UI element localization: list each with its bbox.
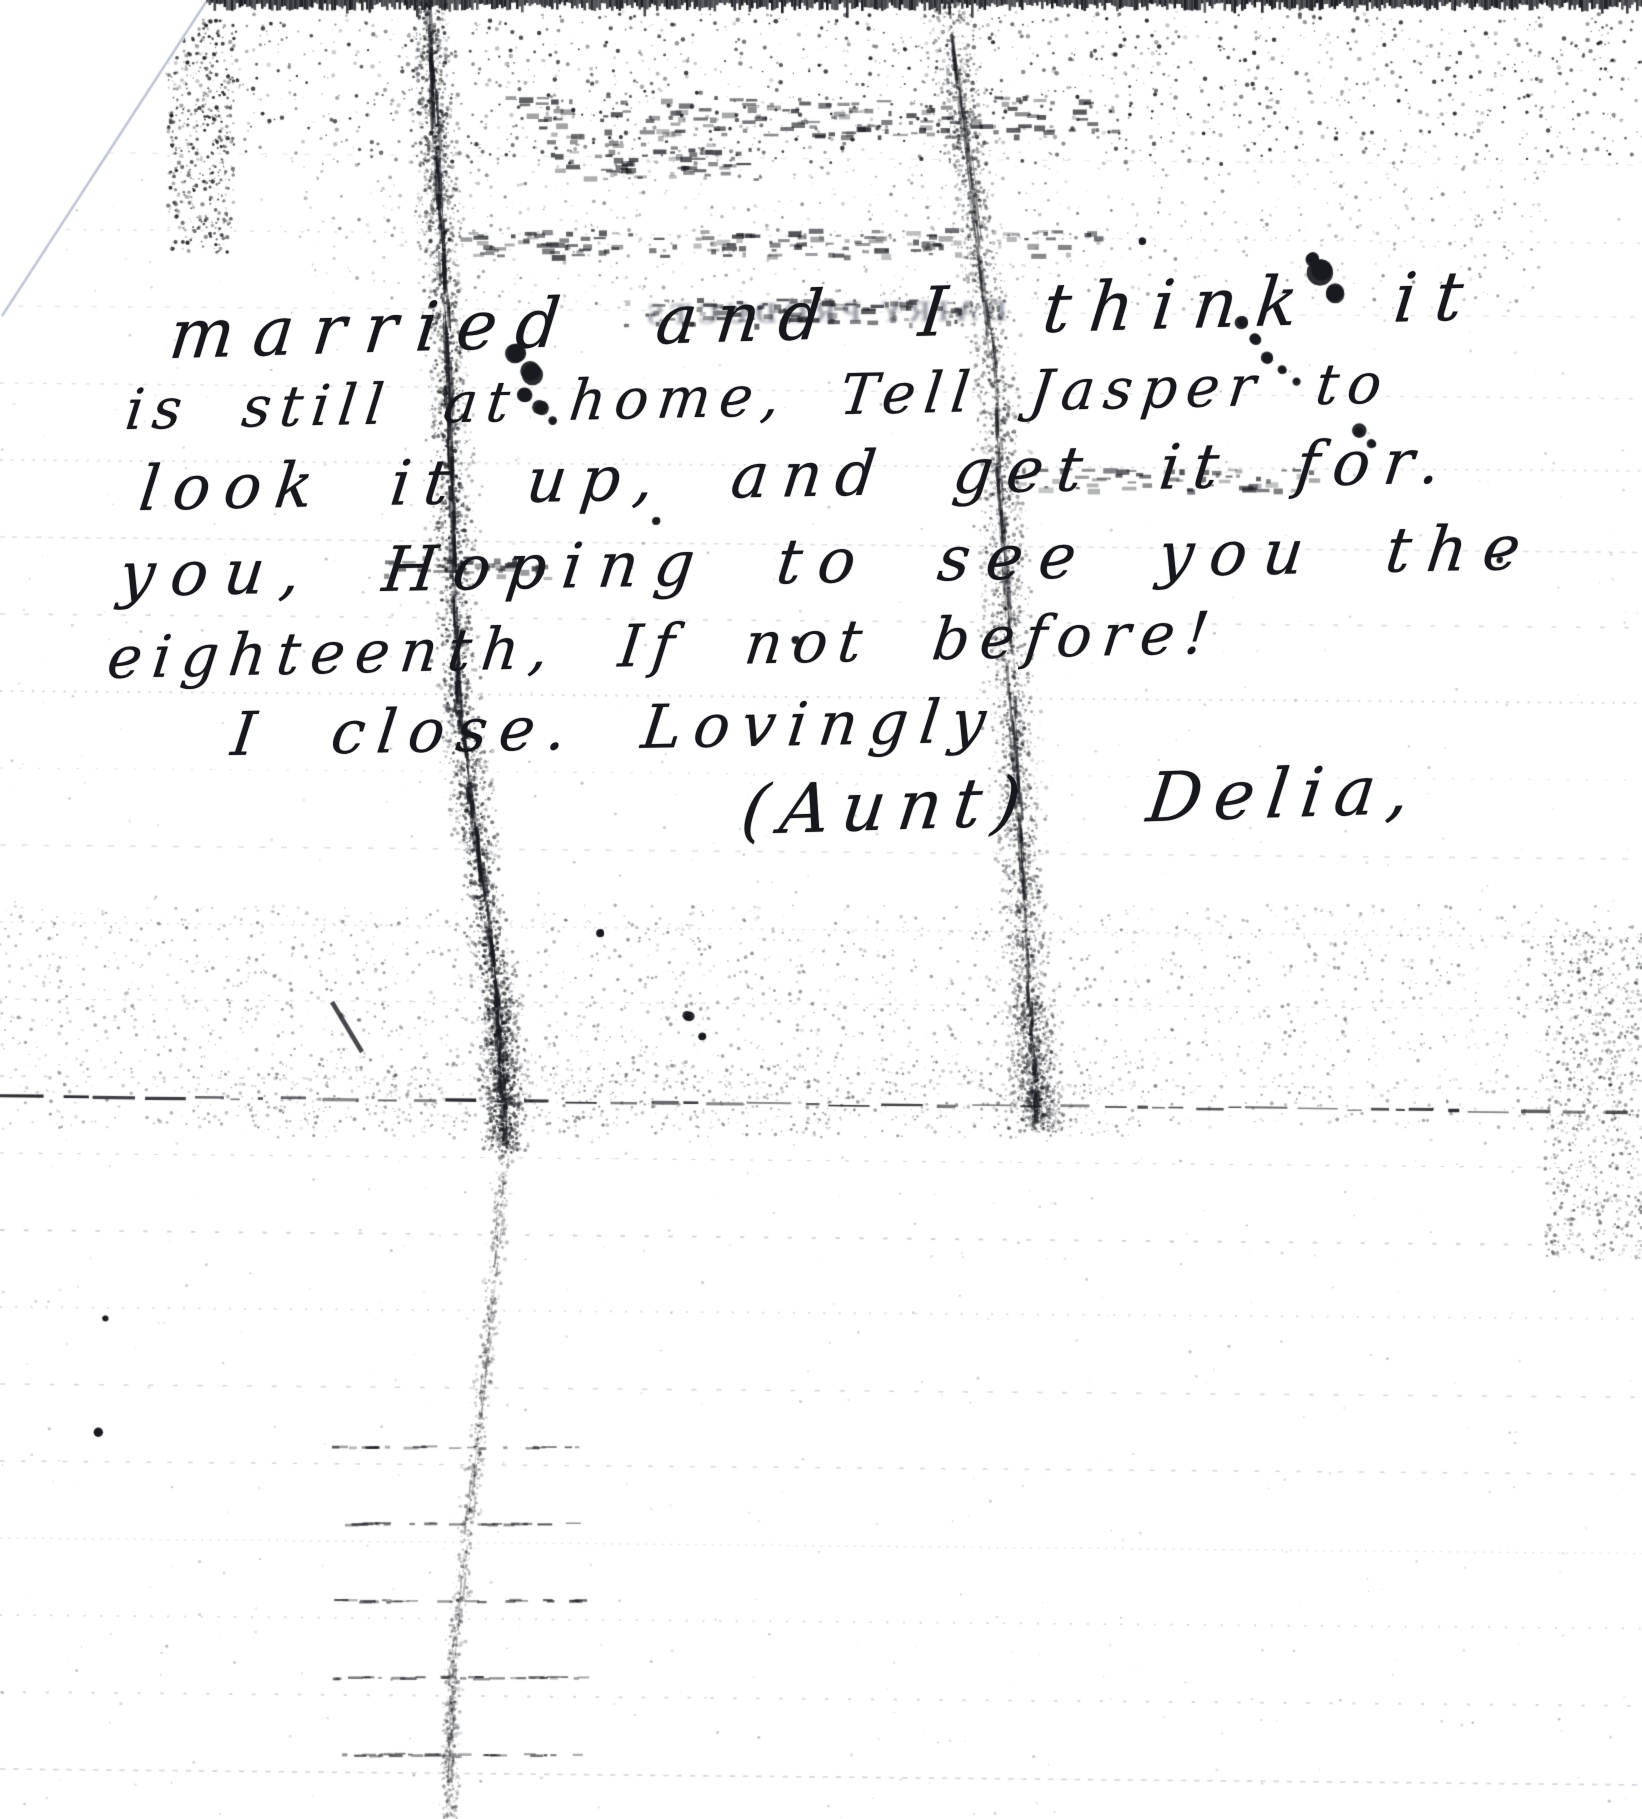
scanned-letter-page: DAIRY PRODUCTS married and I think it is… — [0, 0, 1642, 1819]
handwriting-line-4: you, Hoping to see you the — [116, 511, 1541, 611]
handwriting-line-3: look it up, and get it for. — [136, 424, 1459, 525]
handwriting-line-6: I close. Lovingly — [228, 687, 1002, 771]
handwriting-line-5: eighteenth, If not before! — [104, 599, 1223, 692]
signature: (Aunt) Delia, — [737, 750, 1427, 851]
